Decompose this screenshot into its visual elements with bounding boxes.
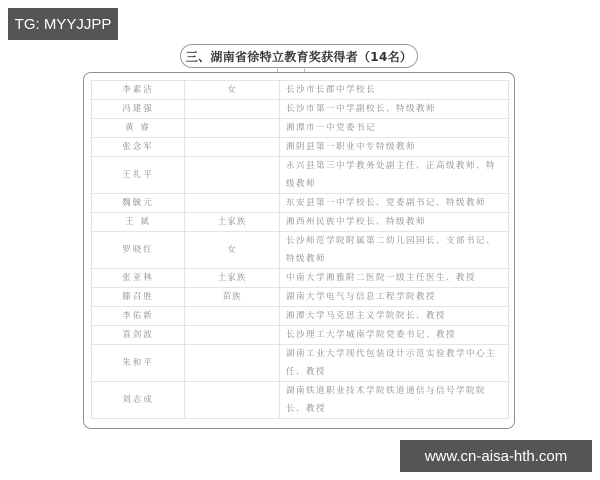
ethnicity-cell [185,194,280,213]
name-cell: 王礼平 [92,157,185,194]
position-cell: 东安县第一中学校长、党委副书记、特级教师 [280,194,509,213]
position-cell: 湖南大学电气与信息工程学院教授 [280,288,509,307]
ethnicity-cell: 女 [185,232,280,269]
ethnicity-cell: 苗族 [185,288,280,307]
watermark-bottom-right: www.cn-aisa-hth.com [400,440,592,472]
table-row: 王 斌土家族湘西州民族中学校长、特级教师 [92,213,509,232]
ethnicity-cell [185,345,280,382]
position-cell: 中南大学湘雅附二医院一级主任医生、教授 [280,269,509,288]
name-cell: 黄 睿 [92,119,185,138]
ethnicity-cell [185,138,280,157]
position-cell: 湘阴县第一职业中专特级教师 [280,138,509,157]
name-cell: 朱和平 [92,345,185,382]
name-cell: 王 斌 [92,213,185,232]
ethnicity-cell: 土家族 [185,213,280,232]
position-cell: 湘西州民族中学校长、特级教师 [280,213,509,232]
table-row: 张亚林土家族中南大学湘雅附二医院一级主任医生、教授 [92,269,509,288]
name-cell: 李佑新 [92,307,185,326]
table-row: 黄 睿湘潭市一中党委书记 [92,119,509,138]
table-row: 张念军湘阴县第一职业中专特级教师 [92,138,509,157]
position-cell: 长沙师范学院附属第二幼儿园园长、支部书记、特级教师 [280,232,509,269]
ethnicity-cell: 女 [185,81,280,100]
ethnicity-cell [185,307,280,326]
name-cell: 罗晓红 [92,232,185,269]
table-row: 刘志成湖南铁道职业技术学院铁道通信与信号学院院长、教授 [92,382,509,419]
watermark-top-left: TG: MYYJJPP [8,8,118,40]
name-cell: 滕召胜 [92,288,185,307]
section-title: 三、湖南省徐特立教育奖获得者（14名） [180,44,418,68]
position-cell: 湖南工业大学现代包装设计示范实验教学中心主任、教授 [280,345,509,382]
name-cell: 张亚林 [92,269,185,288]
table-row: 袁剑波长沙理工大学城南学院党委书记、教授 [92,326,509,345]
table-row: 魏毓元东安县第一中学校长、党委副书记、特级教师 [92,194,509,213]
ethnicity-cell [185,157,280,194]
table-row: 李素洁女长沙市长郡中学校长 [92,81,509,100]
position-cell: 湖南铁道职业技术学院铁道通信与信号学院院长、教授 [280,382,509,419]
ethnicity-cell [185,119,280,138]
ethnicity-cell: 土家族 [185,269,280,288]
ethnicity-cell [185,100,280,119]
ethnicity-cell [185,382,280,419]
ethnicity-cell [185,326,280,345]
table-row: 朱和平湖南工业大学现代包装设计示范实验教学中心主任、教授 [92,345,509,382]
name-cell: 李素洁 [92,81,185,100]
position-cell: 长沙理工大学城南学院党委书记、教授 [280,326,509,345]
position-cell: 湘潭大学马克思主义学院院长、教授 [280,307,509,326]
position-cell: 长沙市第一中学副校长、特级教师 [280,100,509,119]
name-cell: 魏毓元 [92,194,185,213]
table-row: 王礼平永兴县第三中学教务处副主任、正高级教师、特级教师 [92,157,509,194]
position-cell: 湘潭市一中党委书记 [280,119,509,138]
name-cell: 张念军 [92,138,185,157]
table-row: 罗晓红女长沙师范学院附属第二幼儿园园长、支部书记、特级教师 [92,232,509,269]
name-cell: 刘志成 [92,382,185,419]
position-cell: 永兴县第三中学教务处副主任、正高级教师、特级教师 [280,157,509,194]
name-cell: 袁剑波 [92,326,185,345]
position-cell: 长沙市长郡中学校长 [280,81,509,100]
table-row: 滕召胜苗族湖南大学电气与信息工程学院教授 [92,288,509,307]
table-row: 李佑新湘潭大学马克思主义学院院长、教授 [92,307,509,326]
table-row: 冯建强长沙市第一中学副校长、特级教师 [92,100,509,119]
award-recipients-table: 李素洁女长沙市长郡中学校长冯建强长沙市第一中学副校长、特级教师黄 睿湘潭市一中党… [91,80,509,419]
name-cell: 冯建强 [92,100,185,119]
